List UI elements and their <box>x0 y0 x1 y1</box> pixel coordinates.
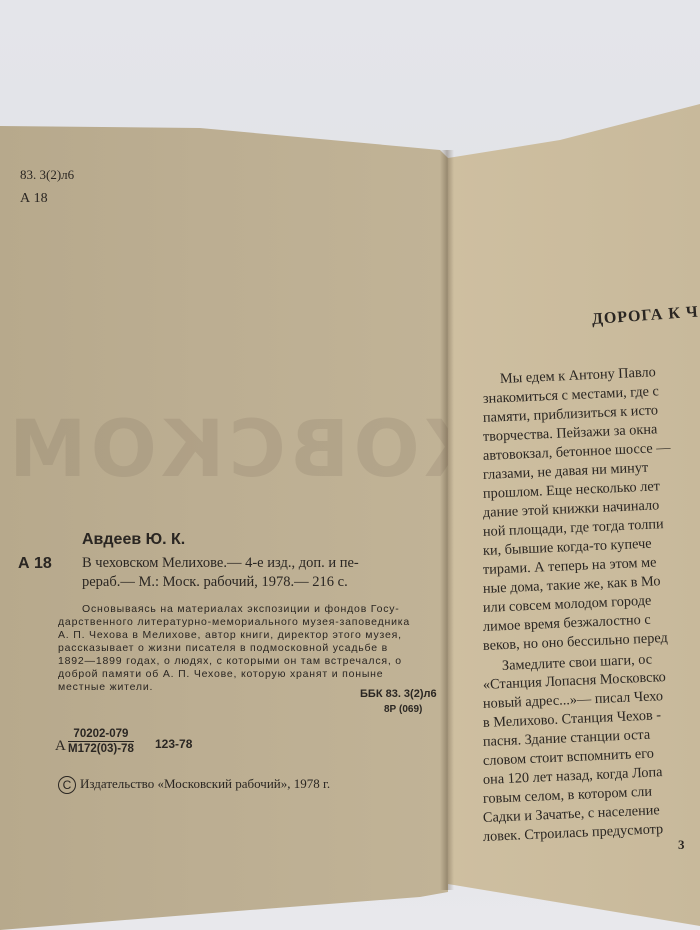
annotation-line: Основываясь на материалах экспозиции и ф… <box>82 604 400 615</box>
annotation-line: А. П. Чехова в Мелихове, автор книги, ди… <box>58 630 402 641</box>
shelf-mark: А 18 <box>18 556 52 572</box>
open-book-photo: 83. 3(2)л6 А 18 ЧЕХОВСКОМ Авдеев Ю. К. А… <box>0 0 700 930</box>
index-fraction: 70202-079 М172(03)-78 <box>68 728 134 755</box>
body-line: веков, но оно бессильно перед <box>483 631 668 653</box>
annotation-line: дарственного литературно-мемориального м… <box>58 617 410 628</box>
page-number: 3 <box>678 838 685 851</box>
annotation-line: 1892—1899 годах, о людях, с которыми он … <box>58 656 402 667</box>
bbk-code: ББК 83. 3(2)л6 <box>360 689 437 700</box>
annotation-line: местные жители. <box>58 682 153 693</box>
book-gutter <box>440 150 454 890</box>
bbk-secondary-code: 8Р (069) <box>384 705 422 715</box>
body-line: Мы едем к Антону Павло <box>500 365 656 386</box>
index-prefix: А <box>55 739 66 754</box>
index-numerator: 70202-079 <box>68 728 134 742</box>
classification-code: 83. 3(2)л6 <box>20 168 74 181</box>
shelf-code: А 18 <box>20 192 48 206</box>
copyright-icon: C <box>58 776 76 794</box>
annotation-line: доброй памяти об А. П. Чехове, которую х… <box>58 669 383 680</box>
bibliography-line: рераб.— М.: Моск. рабочий, 1978.— 216 с. <box>82 575 348 590</box>
bibliography-line: В чеховском Мелихове.— 4-е изд., доп. и … <box>82 556 359 571</box>
index-suffix: 123-78 <box>155 738 192 750</box>
copyright-text: Издательство «Московский рабочий», 1978 … <box>80 776 330 791</box>
author-name: Авдеев Ю. К. <box>82 532 185 548</box>
body-line: ловек. Строилась предусмотр <box>483 822 664 844</box>
chapter-title: ДОРОГА К Ч <box>591 305 699 328</box>
copyright-line: CИздательство «Московский рабочий», 1978… <box>58 776 330 794</box>
annotation-line: рассказывает о жизни писателя в подмоско… <box>58 643 388 654</box>
index-denominator: М172(03)-78 <box>68 742 134 755</box>
